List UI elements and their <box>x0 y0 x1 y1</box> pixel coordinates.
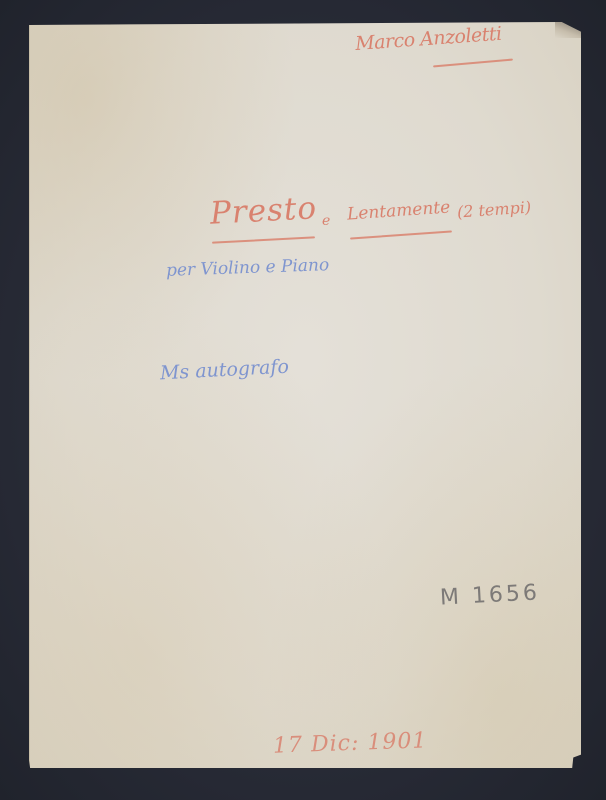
title-main: Presto <box>209 193 318 230</box>
manuscript-sheet <box>29 22 581 768</box>
title-conjunction: e <box>322 214 330 228</box>
shelfmark: M 1656 <box>439 582 540 609</box>
date-note: 17 Dic: 1901 <box>273 730 428 757</box>
